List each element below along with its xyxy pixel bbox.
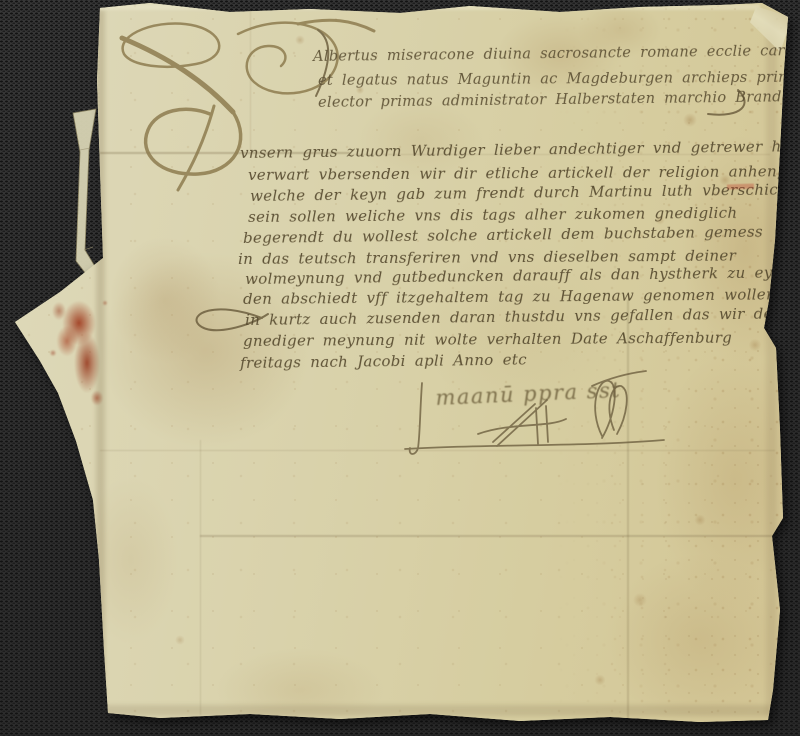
paraph-stroke bbox=[478, 400, 566, 446]
paraph-stroke bbox=[592, 371, 646, 386]
red-chalk-mark bbox=[727, 184, 754, 190]
wax-seal-remnant bbox=[45, 283, 120, 413]
paraph-stroke bbox=[405, 440, 664, 449]
manuscript-photo: Albertus miseracone diuina sacrosancte r… bbox=[0, 0, 800, 736]
paraph-stroke bbox=[595, 381, 627, 438]
wax-seal-spot bbox=[86, 684, 112, 720]
paraph-stroke bbox=[410, 383, 422, 454]
signature-paraph bbox=[0, 0, 800, 736]
paper-sheet-shadow: Albertus miseracone diuina sacrosancte r… bbox=[0, 0, 800, 736]
paper-sheet: Albertus miseracone diuina sacrosancte r… bbox=[0, 0, 800, 736]
